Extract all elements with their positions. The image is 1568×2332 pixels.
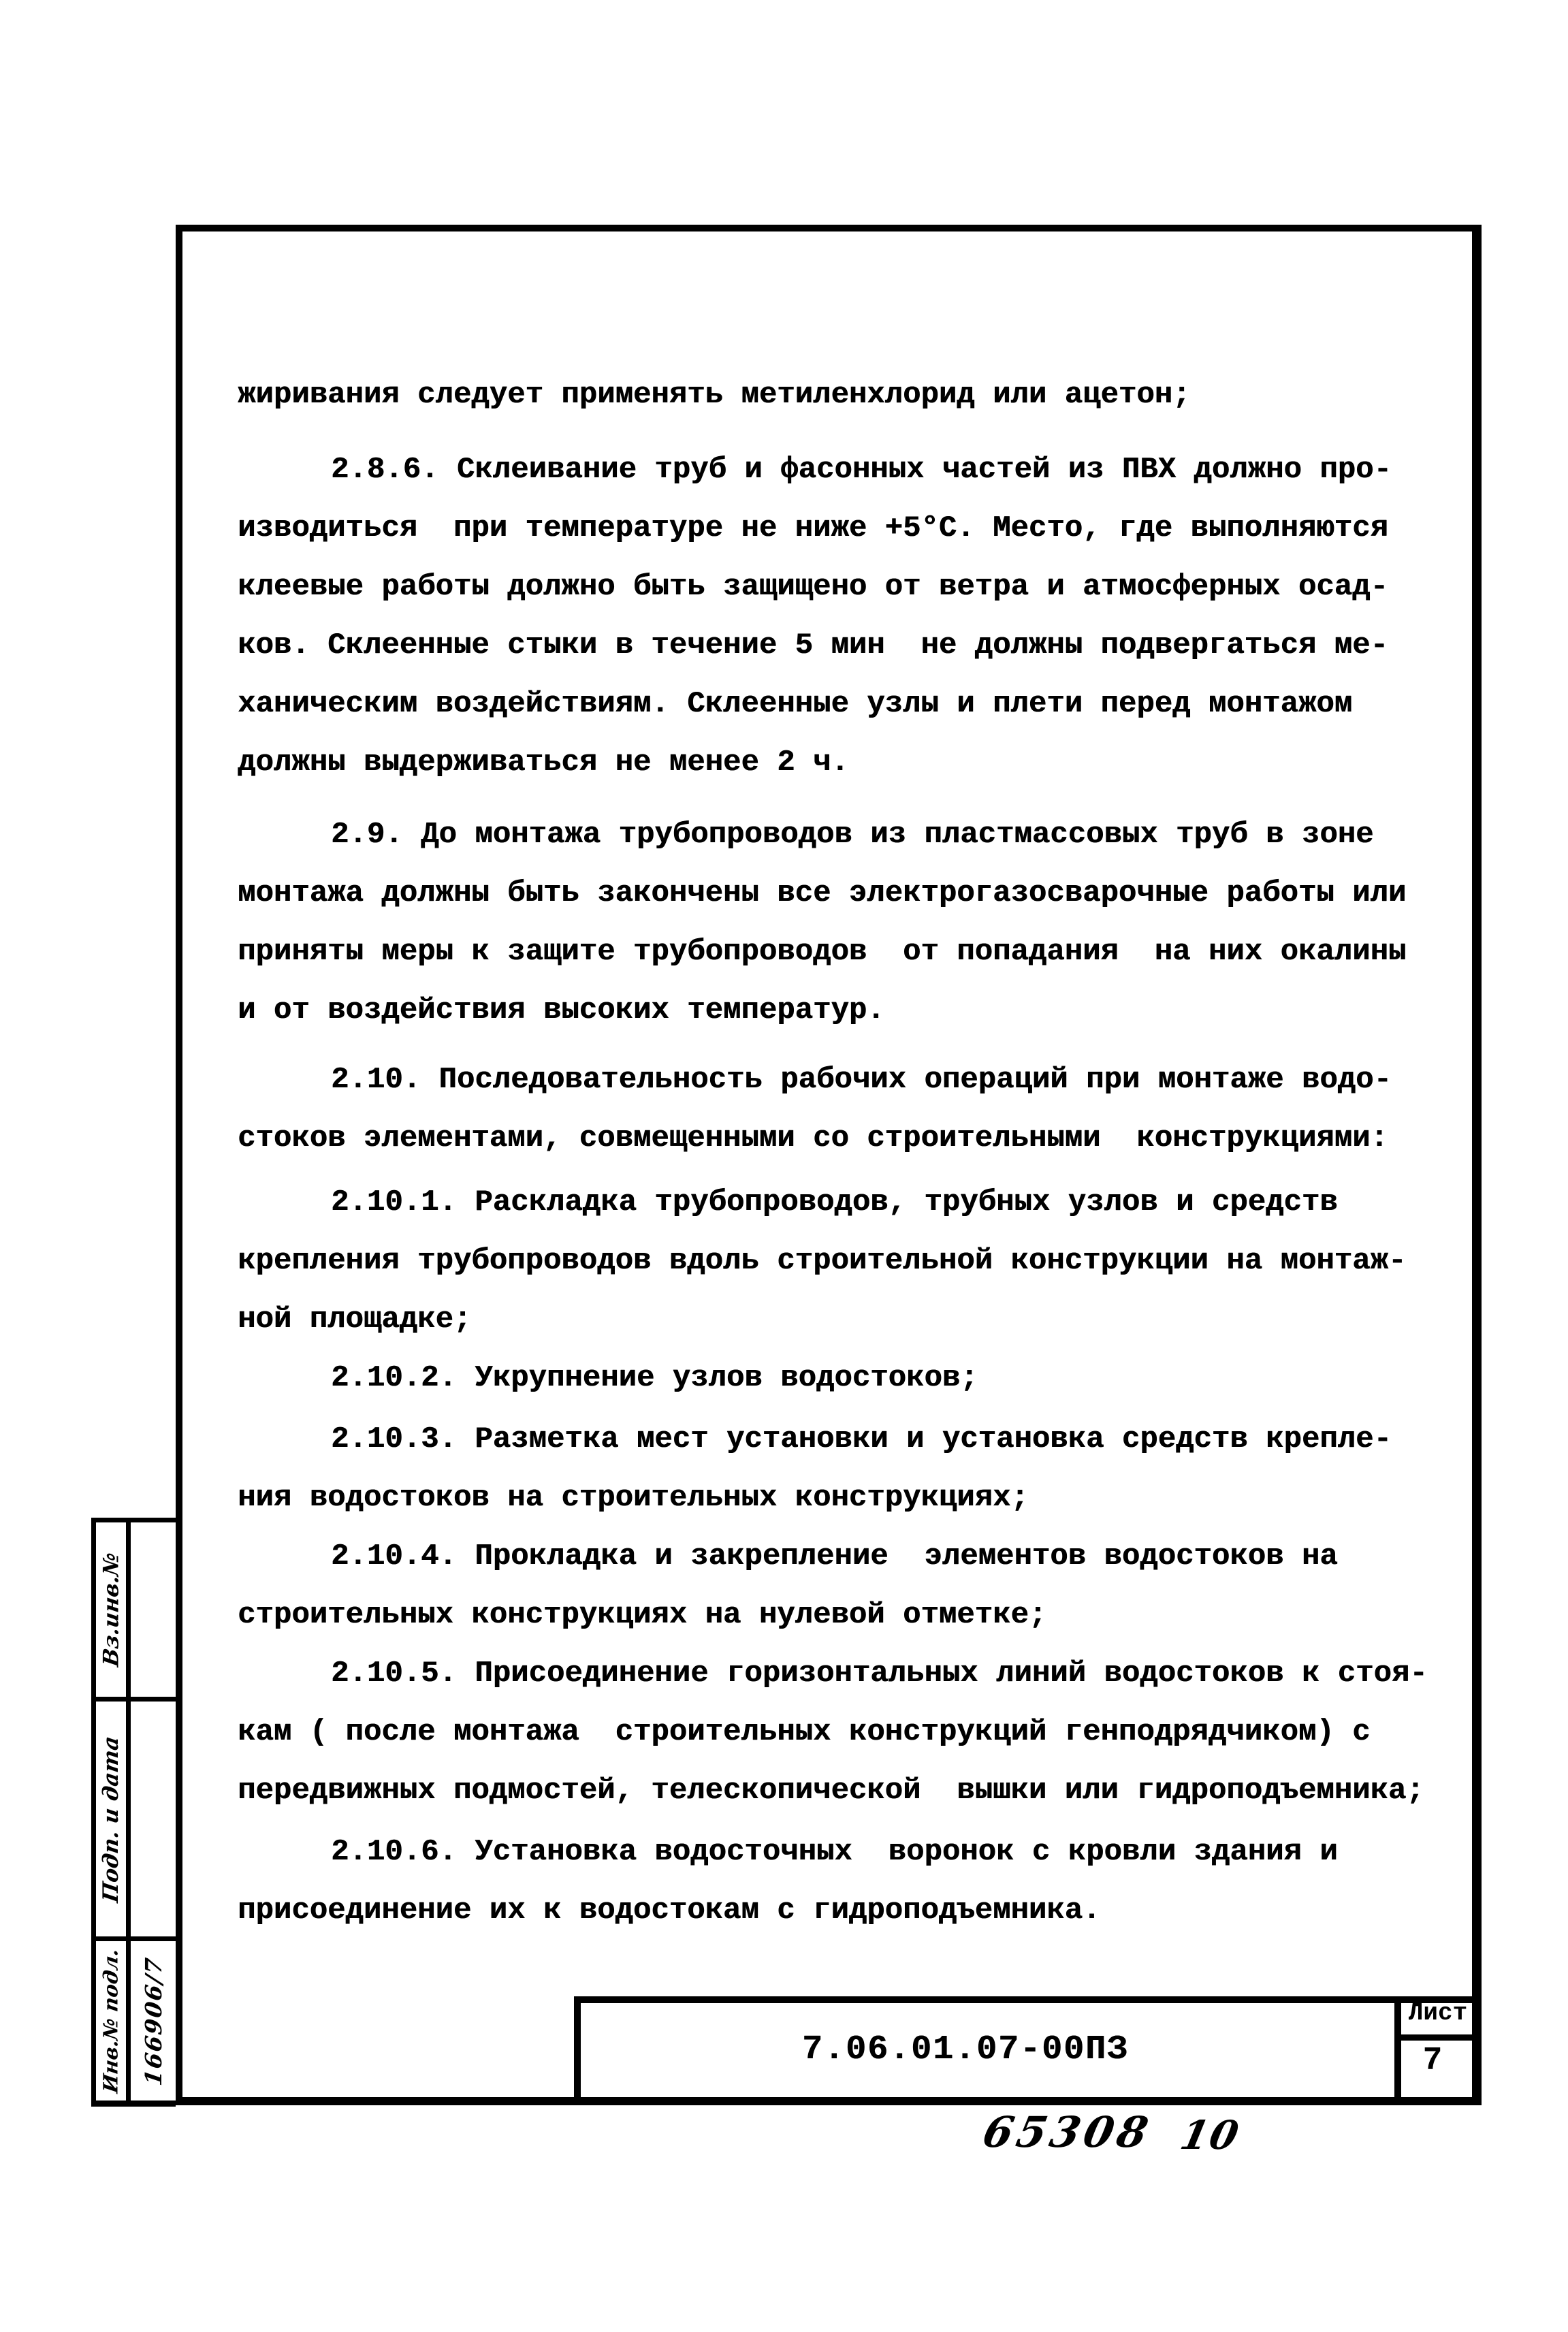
body-line: жиривания следует применять метиленхлори… bbox=[238, 366, 1428, 424]
body-line: 2.10. Последовательность рабочих операци… bbox=[238, 1051, 1428, 1109]
body-line: 2.8.6. Склеивание труб и фасонных частей… bbox=[238, 441, 1428, 499]
handwritten-inventory-number: 65308 bbox=[978, 2107, 1156, 2157]
body-line: приняты меры к защите трубопроводов от п… bbox=[238, 923, 1428, 981]
body-line: 2.10.3. Разметка мест установки и устано… bbox=[238, 1410, 1428, 1469]
sidebar-label: Подп. и дата bbox=[99, 1734, 123, 1904]
body-line: передвижных подмостей, телескопической в… bbox=[238, 1761, 1428, 1820]
body-line: и от воздействия высоких температур. bbox=[238, 981, 1428, 1040]
body-line: кам ( после монтажа строительных констру… bbox=[238, 1703, 1428, 1761]
title-block-top-line bbox=[574, 1996, 1482, 2003]
sidebar-line bbox=[91, 2101, 176, 2107]
sidebar-line bbox=[91, 1697, 176, 1702]
sheet-header-label: Лист bbox=[1394, 1999, 1482, 2027]
body-line: строительных конструкциях на нулевой отм… bbox=[238, 1586, 1428, 1644]
body-line: ния водостоков на строительных конструкц… bbox=[238, 1469, 1428, 1527]
sidebar-line bbox=[91, 1936, 176, 1941]
body-line: 2.10.5. Присоединение горизонтальных лин… bbox=[238, 1644, 1428, 1703]
body-line: 2.10.6. Установка водосточных воронок с … bbox=[238, 1823, 1428, 1881]
body-line: стоков элементами, совмещенными со строи… bbox=[238, 1109, 1428, 1168]
sheet-number: 7 bbox=[1394, 2043, 1471, 2079]
body-line: клеевые работы должно быть защищено от в… bbox=[238, 558, 1428, 616]
body-line: изводиться при температуре не ниже +5°С.… bbox=[238, 499, 1428, 558]
body-line: крепления трубопроводов вдоль строительн… bbox=[238, 1232, 1428, 1290]
sidebar-line bbox=[91, 1518, 176, 1522]
body-line: 2.10.4. Прокладка и закрепление элементо… bbox=[238, 1527, 1428, 1586]
doc-number: 7.06.01.07-00ПЗ bbox=[581, 2030, 1350, 2069]
body-line: монтажа должны быть закончены все электр… bbox=[238, 864, 1428, 923]
body-line: 2.9. До монтажа трубопроводов из пластма… bbox=[238, 805, 1428, 864]
sidebar-cell-inv-podl-value: 166906/7 bbox=[131, 1941, 176, 2101]
sidebar-label: Инв.№ подл. bbox=[99, 1947, 123, 2094]
sidebar-cell-vz-inv-label: Вз.инв.№ bbox=[91, 1522, 131, 1697]
body-line: ной площадке; bbox=[238, 1290, 1428, 1349]
sidebar-cell-vz-inv-value bbox=[131, 1522, 176, 1697]
handwritten-page-number: 10 bbox=[1177, 2112, 1244, 2158]
document-body: жиривания следует применять метиленхлори… bbox=[238, 366, 1428, 1940]
title-block-left-line bbox=[574, 1996, 581, 2098]
sidebar-cell-podp-data-label: Подп. и дата bbox=[91, 1702, 131, 1936]
sidebar-value: 166906/7 bbox=[140, 1955, 167, 2087]
body-line: должны выдерживаться не менее 2 ч. bbox=[238, 733, 1428, 792]
body-line: присоединение их к водостокам с гидропод… bbox=[238, 1881, 1428, 1940]
body-line: 2.10.1. Раскладка трубопроводов, трубных… bbox=[238, 1173, 1428, 1232]
scanned-document-page: жиривания следует применять метиленхлори… bbox=[0, 0, 1568, 2332]
body-line: ханическим воздействиям. Склеенные узлы … bbox=[238, 675, 1428, 733]
sidebar-cell-inv-podl-label: Инв.№ подл. bbox=[91, 1941, 131, 2101]
body-line: 2.10.2. Укрупнение узлов водостоков; bbox=[238, 1349, 1428, 1407]
sidebar-label: Вз.инв.№ bbox=[99, 1551, 123, 1668]
body-line: ков. Склеенные стыки в течение 5 мин не … bbox=[238, 616, 1428, 675]
title-block-sheet-divider-line bbox=[1394, 2034, 1482, 2041]
sidebar-cell-podp-data-value bbox=[131, 1702, 176, 1936]
